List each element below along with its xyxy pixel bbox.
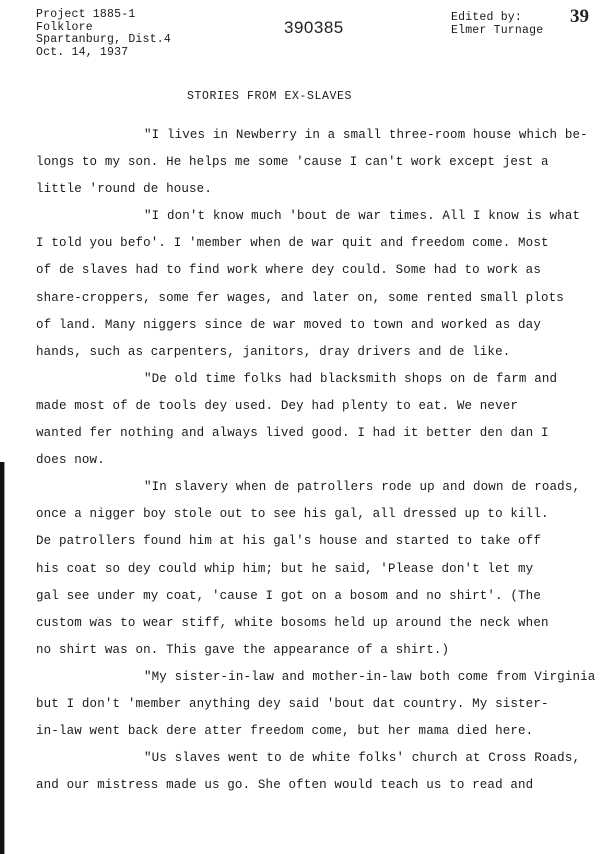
project-number: Project 1885-1 (36, 9, 171, 22)
paragraph-first-line: "De old time folks had blacksmith shops … (36, 370, 596, 397)
text-line: of land. Many niggers since de war moved… (36, 316, 596, 343)
editor-name: Elmer Turnage (451, 25, 543, 38)
project-info-block: Project 1885-1 Folklore Spartanburg, Dis… (36, 9, 171, 59)
text-line: his coat so dey could whip him; but he s… (36, 560, 596, 587)
narrative-body: "I lives in Newberry in a small three-ro… (36, 126, 596, 803)
project-location: Spartanburg, Dist.4 (36, 34, 171, 47)
text-line: made most of de tools dey used. Dey had … (36, 397, 596, 424)
text-line: little 'round de house. (36, 180, 596, 207)
text-line: once a nigger boy stole out to see his g… (36, 505, 596, 532)
text-line: gal see under my coat, 'cause I got on a… (36, 587, 596, 614)
text-line: in-law went back dere atter freedom come… (36, 722, 596, 749)
paragraph-first-line: "My sister-in-law and mother-in-law both… (36, 668, 596, 695)
text-line: of de slaves had to find work where dey … (36, 261, 596, 288)
text-line: wanted fer nothing and always lived good… (36, 424, 596, 451)
editor-label: Edited by: (451, 12, 543, 25)
text-line: does now. (36, 451, 596, 478)
project-date: Oct. 14, 1937 (36, 47, 171, 60)
text-line: share-croppers, some fer wages, and late… (36, 289, 596, 316)
archive-stamp-number: 390385 (284, 18, 344, 38)
paragraph-first-line: "Us slaves went to de white folks' churc… (36, 749, 596, 776)
text-line: no shirt was on. This gave the appearanc… (36, 641, 596, 668)
text-line: longs to my son. He helps me some 'cause… (36, 153, 596, 180)
paragraph-first-line: "I lives in Newberry in a small three-ro… (36, 126, 596, 153)
text-line: and our mistress made us go. She often w… (36, 776, 596, 803)
text-line: custom was to wear stiff, white bosoms h… (36, 614, 596, 641)
paragraph-first-line: "In slavery when de patrollers rode up a… (36, 478, 596, 505)
text-line: but I don't 'member anything dey said 'b… (36, 695, 596, 722)
text-line: hands, such as carpenters, janitors, dra… (36, 343, 596, 370)
paragraph-first-line: "I don't know much 'bout de war times. A… (36, 207, 596, 234)
text-line: De patrollers found him at his gal's hou… (36, 532, 596, 559)
document-page: Project 1885-1 Folklore Spartanburg, Dis… (0, 0, 600, 854)
document-title: STORIES FROM EX-SLAVES (187, 90, 352, 103)
scan-border-shadow (4, 462, 5, 854)
editor-block: Edited by: Elmer Turnage (451, 12, 543, 37)
page-number: 39 (570, 6, 589, 28)
text-line: I told you befo'. I 'member when de war … (36, 234, 596, 261)
